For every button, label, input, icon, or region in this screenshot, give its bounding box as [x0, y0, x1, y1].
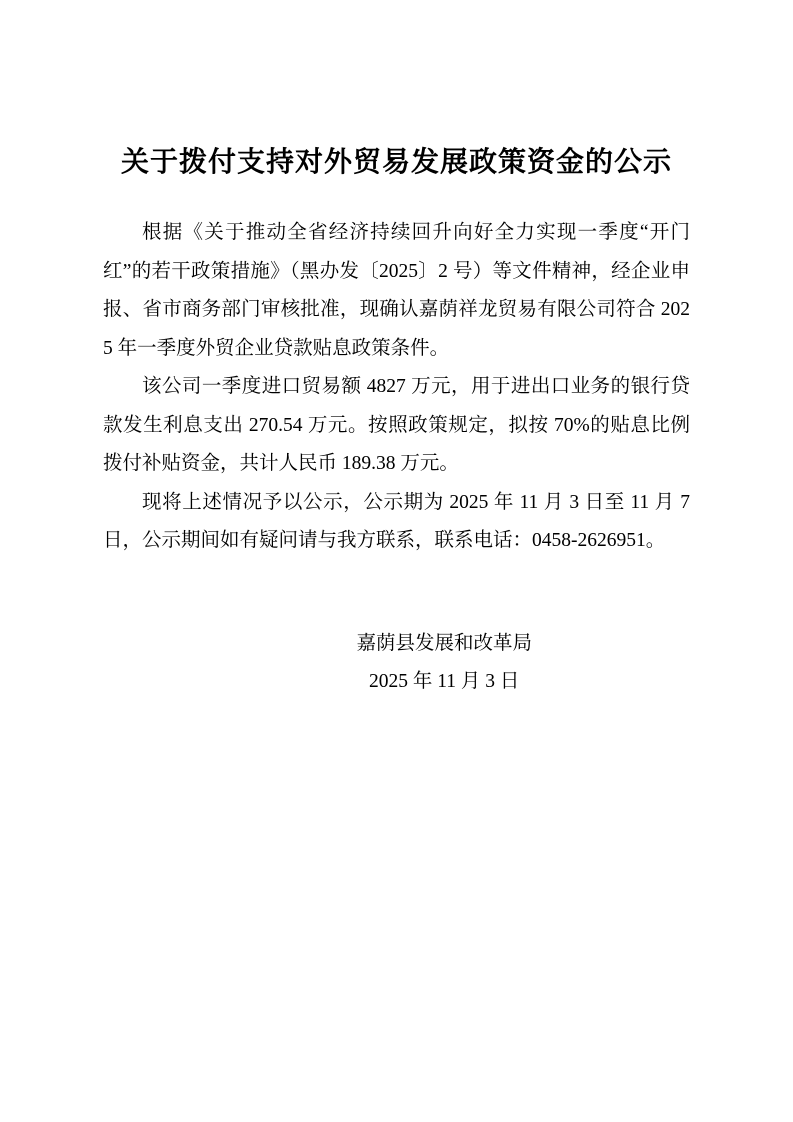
document-title: 关于拨付支持对外贸易发展政策资金的公示 — [103, 143, 690, 182]
signature-date: 2025 年 11 月 3 日 — [356, 663, 532, 702]
paragraph-basis: 根据《关于推动全省经济持续回升向好全力实现一季度“开门红”的若干政策措施》（黑办… — [103, 214, 690, 368]
document-page: 关于拨付支持对外贸易发展政策资金的公示 根据《关于推动全省经济持续回升向好全力实… — [0, 0, 793, 1122]
paragraph-subsidy-details: 该公司一季度进口贸易额 4827 万元，用于进出口业务的银行贷款发生利息支出 2… — [103, 368, 690, 484]
signature-organization: 嘉荫县发展和改革局 — [356, 625, 532, 664]
signature-block: 嘉荫县发展和改革局 2025 年 11 月 3 日 — [356, 625, 532, 702]
paragraph-publicity-period: 现将上述情况予以公示，公示期为 2025 年 11 月 3 日至 11 月 7 … — [103, 484, 690, 561]
document-body: 根据《关于推动全省经济持续回升向好全力实现一季度“开门红”的若干政策措施》（黑办… — [103, 214, 690, 561]
